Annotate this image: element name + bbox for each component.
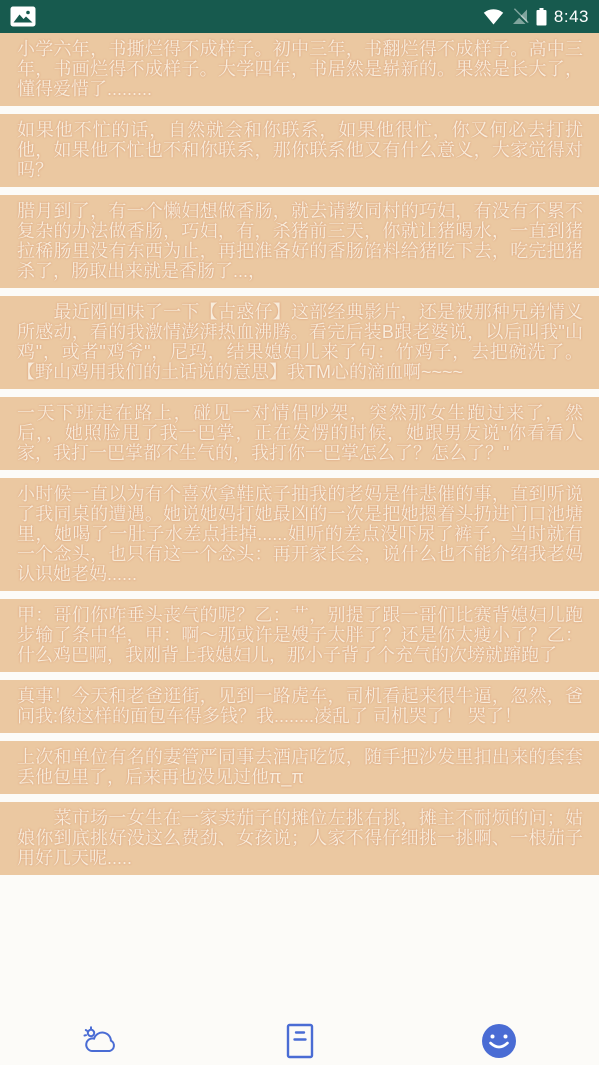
joke-text: 腊月到了，有一个懒妇想做香肠，就去请教同村的巧妇，有没有不累不复杂的办法做香肠，…: [17, 201, 583, 281]
wifi-icon: [483, 8, 504, 25]
joke-text: 上次和单位有名的妻管严同事去酒店吃饭，随手把沙发里扣出来的套套丢他包里了，后来再…: [17, 747, 583, 787]
joke-text: 最近刚回味了一下【古惑仔】这部经典影片，还是被那种兄弟情义所感动，看的我激情澎湃…: [17, 302, 583, 382]
smiley-icon: [479, 1021, 519, 1061]
joke-text: 甲：哥们你咋垂头丧气的呢？乙：艹，别提了跟一哥们比赛背媳妇儿跑步输了条中华，甲：…: [17, 605, 583, 665]
joke-card[interactable]: 一天下班走在路上，碰见一对情侣吵架，突然那女生跑过来了，然后，，她照脸甩了我一巴…: [0, 397, 599, 470]
joke-card[interactable]: 如果他不忙的话，自然就会和你联系，如果他很忙，你又何必去打扰他，如果他不忙也不和…: [0, 114, 599, 187]
joke-card[interactable]: 最近刚回味了一下【古惑仔】这部经典影片，还是被那种兄弟情义所感动，看的我激情澎湃…: [0, 296, 599, 389]
document-icon: [283, 1022, 317, 1060]
joke-text: 小时候一直以为有个喜欢拿鞋底子抽我的老妈是件悲催的事，直到听说了我同桌的遭遇。她…: [17, 484, 583, 584]
weather-cloud-icon: [80, 1023, 120, 1059]
joke-card[interactable]: 上次和单位有名的妻管严同事去酒店吃饭，随手把沙发里扣出来的套套丢他包里了，后来再…: [0, 741, 599, 794]
nav-item-jokes[interactable]: [200, 1022, 400, 1060]
joke-text: 真事！今天和老爸逛街，见到一路虎车，司机看起来很牛逼，忽然，爸问我:像这样的面包…: [17, 686, 583, 726]
joke-text: 一天下班走在路上，碰见一对情侣吵架，突然那女生跑过来了，然后，，她照脸甩了我一巴…: [17, 403, 583, 463]
joke-text: 如果他不忙的话，自然就会和你联系，如果他很忙，你又何必去打扰他，如果他不忙也不和…: [17, 120, 583, 180]
joke-text: 菜市场一女生在一家卖茄子的摊位左挑右挑，摊主不耐烦的问；姑娘你到底挑好没这么费劲…: [17, 808, 583, 868]
joke-card[interactable]: 腊月到了，有一个懒妇想做香肠，就去请教同村的巧妇，有没有不累不复杂的办法做香肠，…: [0, 195, 599, 288]
joke-card[interactable]: 小时候一直以为有个喜欢拿鞋底子抽我的老妈是件悲催的事，直到听说了我同桌的遭遇。她…: [0, 478, 599, 591]
joke-card-list: 小学六年，书撕烂得不成样子。初中三年，书翻烂得不成样子。高中三年，书画烂得不成样…: [0, 33, 599, 875]
status-time: 8:43: [554, 7, 589, 27]
nav-item-weather[interactable]: [0, 1023, 200, 1059]
battery-icon: [536, 8, 547, 26]
nav-item-profile[interactable]: [399, 1021, 599, 1061]
joke-card[interactable]: 真事！今天和老爸逛街，见到一路虎车，司机看起来很牛逼，忽然，爸问我:像这样的面包…: [0, 680, 599, 733]
status-bar: 8:43: [0, 0, 599, 33]
no-sim-icon: [511, 8, 529, 25]
joke-text: 小学六年，书撕烂得不成样子。初中三年，书翻烂得不成样子。高中三年，书画烂得不成样…: [17, 39, 583, 99]
joke-card[interactable]: 小学六年，书撕烂得不成样子。初中三年，书翻烂得不成样子。高中三年，书画烂得不成样…: [0, 33, 599, 106]
joke-card[interactable]: 菜市场一女生在一家卖茄子的摊位左挑右挑，摊主不耐烦的问；姑娘你到底挑好没这么费劲…: [0, 802, 599, 875]
joke-card[interactable]: 甲：哥们你咋垂头丧气的呢？乙：艹，别提了跟一哥们比赛背媳妇儿跑步输了条中华，甲：…: [0, 599, 599, 672]
bottom-nav: [0, 1017, 599, 1065]
gallery-icon: [10, 6, 36, 27]
